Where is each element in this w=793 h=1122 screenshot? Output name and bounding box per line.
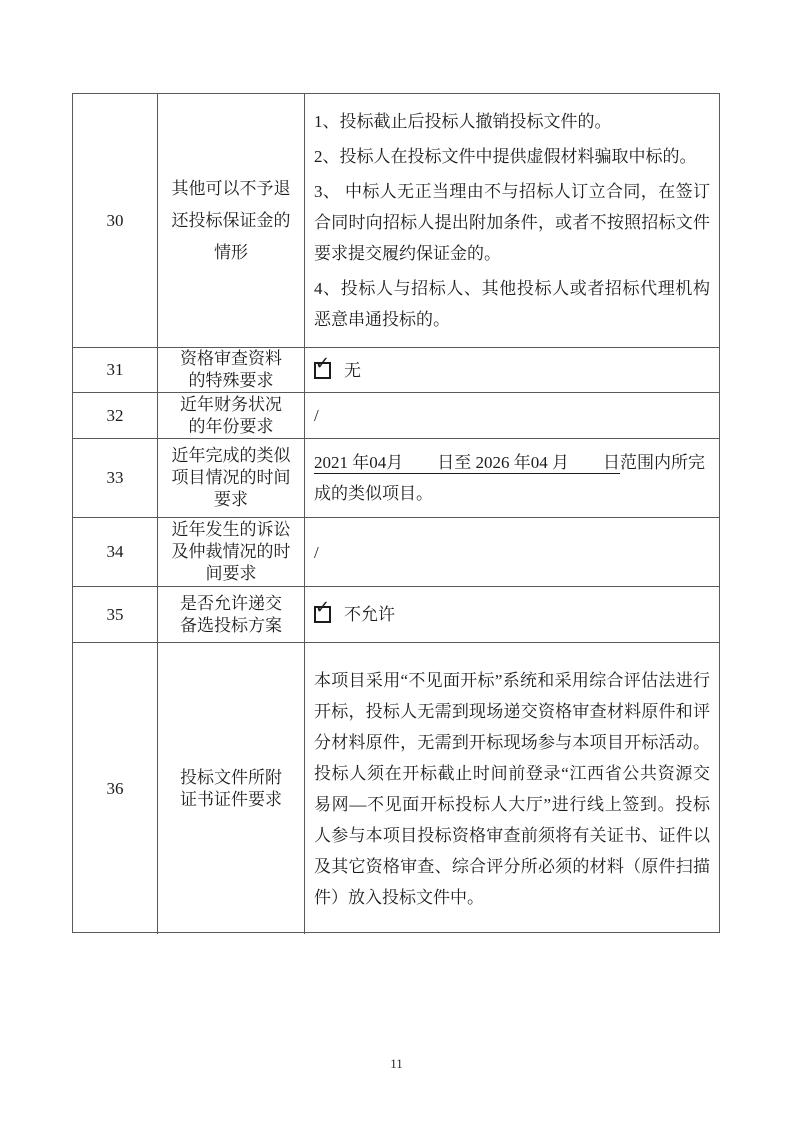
row-number-cell: 33 <box>73 439 158 518</box>
row-number-cell: 30 <box>73 94 158 348</box>
row-label-cell: 是否允许递交 备选投标方案 <box>158 587 305 643</box>
bid-terms-table: 30 其他可以不予退 还投标保证金的 情形 1、投标截止后投标人撤销投标文件的。… <box>72 93 720 933</box>
list-item: 4、投标人与招标人、其他投标人或者招标代理机构恶意串通投标的。 <box>314 273 710 335</box>
row-content-cell: ✓ 无 <box>305 348 719 393</box>
table-row: 30 其他可以不予退 还投标保证金的 情形 1、投标截止后投标人撤销投标文件的。… <box>73 94 719 348</box>
list-item: 2、投标人在投标文件中提供虚假材料骗取中标的。 <box>314 141 710 172</box>
checkbox-option: ✓ 无 <box>314 355 710 386</box>
cell-value: / <box>314 400 710 431</box>
row-label-cell: 近年发生的诉讼 及仲裁情况的时 间要求 <box>158 518 305 587</box>
row-number-cell: 32 <box>73 393 158 439</box>
row-number-cell: 35 <box>73 587 158 643</box>
row-content-cell: / <box>305 393 719 439</box>
row-content-cell: 1、投标截止后投标人撤销投标文件的。 2、投标人在投标文件中提供虚假材料骗取中标… <box>305 94 719 348</box>
row-content-cell: ✓ 不允许 <box>305 587 719 643</box>
list-item: 1、投标截止后投标人撤销投标文件的。 <box>314 106 710 137</box>
option-label: 不允许 <box>344 599 395 630</box>
row-label-cell: 近年财务状况 的年份要求 <box>158 393 305 439</box>
check-mark-icon: ✓ <box>315 599 330 617</box>
row-label-cell: 近年完成的类似 项目情况的时间 要求 <box>158 439 305 518</box>
row-number-cell: 34 <box>73 518 158 587</box>
table-row: 31 资格审查资料 的特殊要求 ✓ 无 <box>73 348 719 393</box>
option-label: 无 <box>344 355 361 386</box>
row-label-cell: 投标文件所附 证书证件要求 <box>158 643 305 934</box>
cell-paragraph: 本项目采用“不见面开标”系统和采用综合评估法进行开标，投标人无需到现场递交资格审… <box>314 665 710 913</box>
table-row: 32 近年财务状况 的年份要求 / <box>73 393 719 439</box>
table-row: 33 近年完成的类似 项目情况的时间 要求 2021 年04月 日至 2026 … <box>73 439 719 518</box>
checkbox-option: ✓ 不允许 <box>314 599 710 630</box>
table-row: 36 投标文件所附 证书证件要求 本项目采用“不见面开标”系统和采用综合评估法进… <box>73 643 719 934</box>
row-number-cell: 31 <box>73 348 158 393</box>
row-content-cell: / <box>305 518 719 587</box>
table-row: 34 近年发生的诉讼 及仲裁情况的时 间要求 / <box>73 518 719 587</box>
checked-checkbox-icon: ✓ <box>314 606 331 623</box>
page-number: 11 <box>0 1056 793 1072</box>
row-label-cell: 其他可以不予退 还投标保证金的 情形 <box>158 94 305 348</box>
table-row: 35 是否允许递交 备选投标方案 ✓ 不允许 <box>73 587 719 643</box>
row-number-cell: 36 <box>73 643 158 934</box>
checked-checkbox-icon: ✓ <box>314 362 331 379</box>
check-mark-icon: ✓ <box>315 355 330 373</box>
document-page: 30 其他可以不予退 还投标保证金的 情形 1、投标截止后投标人撤销投标文件的。… <box>0 0 793 1122</box>
date-range-underlined: 2021 年04月 日至 2026 年04 月 日 <box>314 453 620 474</box>
cell-value: / <box>314 537 710 568</box>
row-content-cell: 本项目采用“不见面开标”系统和采用综合评估法进行开标，投标人无需到现场递交资格审… <box>305 643 719 934</box>
row-label-cell: 资格审查资料 的特殊要求 <box>158 348 305 393</box>
list-item: 3、 中标人无正当理由不与招标人订立合同，在签订合同时向招标人提出附加条件，或者… <box>314 176 710 269</box>
row-content-cell: 2021 年04月 日至 2026 年04 月 日范围内所完成的类似项目。 <box>305 439 719 518</box>
date-range-line: 2021 年04月 日至 2026 年04 月 日范围内所完成的类似项目。 <box>314 447 710 509</box>
